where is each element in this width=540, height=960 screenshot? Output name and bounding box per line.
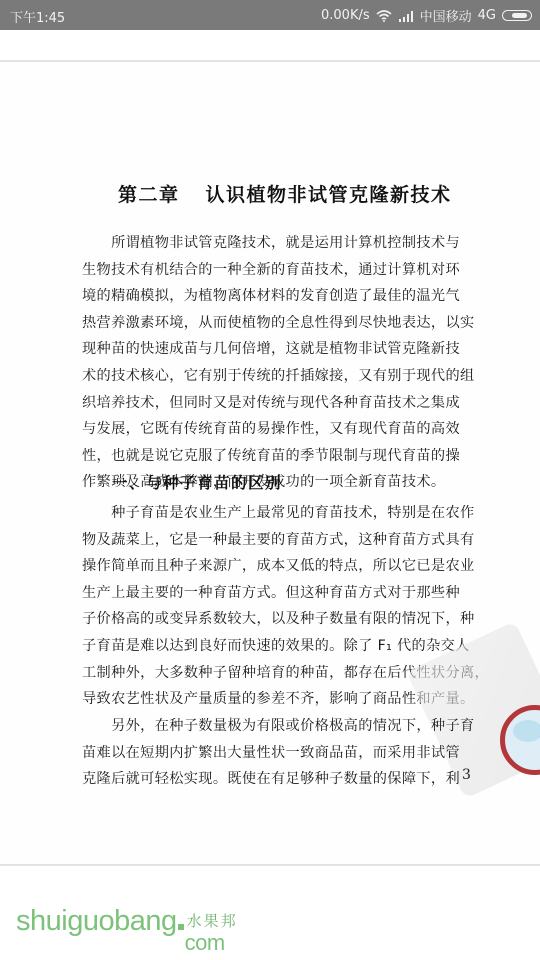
status-time: 下午1:45 [10,7,65,26]
text-line: 术的技术核心，它有别于传统的扦插嫁接，又有别于现代的组 [82,363,492,390]
site-tld: com [185,930,225,956]
status-bar: 下午1:45 0.00K/s 中国移动 4G [0,0,540,30]
carrier-name: 中国移动 [420,6,472,25]
battery-icon [502,10,532,21]
text-line: 性，也就是说它克服了传统育苗的季节限制与现代育苗的操 [82,443,492,470]
text-line: 子育苗是难以达到良好而快速的效果的。除了 F₁ 代的杂交人 [82,633,492,660]
section-heading: 一、与种子育苗的区别 [112,471,282,493]
text-line: 子价格高的或变异系数较大，以及种子数量有限的情况下，种 [82,606,492,633]
status-indicators: 0.00K/s 中国移动 4G [321,6,532,25]
page-top-divider [0,60,540,62]
network-type: 4G [478,8,496,23]
text-line: 另外，在种子数量极为有限或价格极高的情况下，种子育 [82,713,492,740]
wifi-icon [376,10,392,22]
text-line: 所谓植物非试管克隆技术，就是运用计算机控制技术与 [82,230,492,257]
text-line: 苗难以在短期内扩繁出大量性状一致商品苗，而采用非试管 [82,740,492,767]
text-line: 境的精确模拟，为植物离体材料的发育创造了最佳的温光气 [82,283,492,310]
site-chinese-name: 水果邦 [187,910,238,931]
text-line: 种子育苗是农业生产上最常见的育苗技术，特别是在农作 [82,500,492,527]
page-bottom-divider [0,864,540,866]
text-line: 织培养技术，但同时又是对传统与现代各种育苗技术之集成 [82,390,492,417]
text-line: 克隆后就可轻松实现。既使在有足够种子数量的保障下，利 [82,766,492,793]
site-watermark-logo: shuiguobang水果邦com [16,905,245,938]
chapter-title: 第二章认识植物非试管克隆新技术 [118,180,478,207]
chapter-label: 第二章 [118,184,180,206]
dot-icon [178,924,184,930]
text-line: 热营养激素环境，从而使植物的全息性得到尽快地表达，以实 [82,310,492,337]
paragraph-3: 另外，在种子数量极为有限或价格极高的情况下，种子育 苗难以在短期内扩繁出大量性状… [82,713,492,793]
paragraph-1: 所谓植物非试管克隆技术，就是运用计算机控制技术与 生物技术有机结合的一种全新的育… [82,230,492,496]
site-name: shuiguobang [16,905,177,937]
signal-icon [398,10,414,22]
text-line: 生物技术有机结合的一种全新的育苗技术，通过计算机对环 [82,257,492,284]
text-line: 现种苗的快速成苗与几何倍增，这就是植物非试管克隆新技 [82,336,492,363]
network-speed: 0.00K/s [321,8,370,23]
text-line: 生产上最主要的一种育苗方式。但这种育苗方式对于那些种 [82,580,492,607]
text-line: 操作简单而且种子来源广，成本又低的特点，所以它已是农业 [82,553,492,580]
chapter-name: 认识植物非试管克隆新技术 [206,184,452,206]
text-line: 与发展，它既有传统育苗的易操作性，又有现代育苗的高效 [82,416,492,443]
page-number: 3 [462,767,471,783]
text-line: 物及蔬菜上，它是一种最主要的育苗方式，这种育苗方式具有 [82,527,492,554]
